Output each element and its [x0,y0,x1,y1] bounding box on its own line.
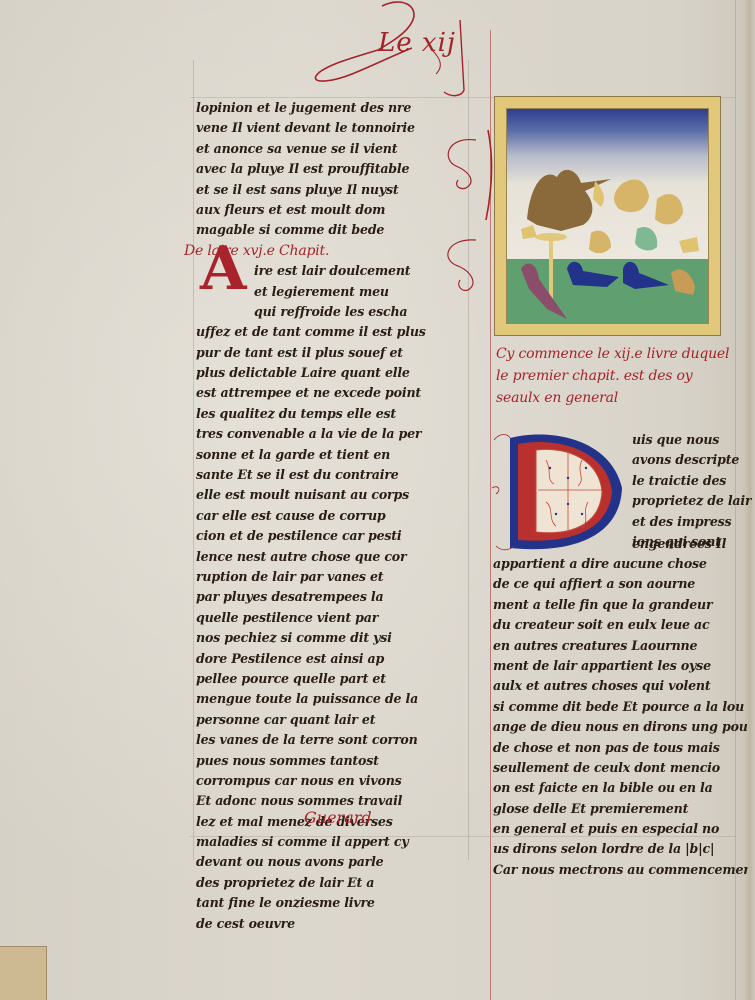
initial-d-icon [490,428,630,556]
right-text-beside-initial-end: engendrees Il [632,534,752,554]
text-line: de cest oeuvre [196,914,471,934]
text-line: aux fleurs et est moult dom [196,200,471,220]
text-line: car elle est cause de corrup [196,506,471,526]
illuminated-initial-d [490,428,630,556]
birds-illustration-icon [507,109,709,324]
text-line: et se il est sans pluye Il nuyst [196,180,471,200]
text-line: les qualitez du temps elle est [196,404,471,424]
text-line: ment a telle fin que la grandeur [493,595,748,615]
text-line: tant fine le onziesme livre [196,893,471,913]
miniature-scene [506,108,709,324]
text-line: du createur soit en eulx leue ac [493,615,748,635]
text-line: des proprietez de lair Et a [196,873,471,893]
text-line: personne car quant lair et [196,710,471,730]
text-line: nos pechiez si comme dit ysi [196,628,471,648]
text-line: uis que nous [632,430,752,450]
text-line: devant ou nous avons parle [196,852,471,872]
text-line: proprietez de lair [632,491,752,511]
text-line: sonne et la garde et tient en [196,445,471,465]
text-line: ange de dieu nous en dirons ung pou [493,717,748,737]
text-line: ruption de lair par vanes et [196,567,471,587]
text-line: lopinion et le jugement des nre [196,98,471,118]
text-line: cion et de pestilence car pesti [196,526,471,546]
text-line: uffez et de tant comme il est plus [196,322,471,342]
text-line: dore Pestilence est ainsi ap [196,649,471,669]
rubric-line: seaulx en general [496,387,746,409]
text-line: avec la pluye Il est prouffitable [196,159,471,179]
text-line: plus delictable Laire quant elle [196,363,471,383]
text-line: lence nest autre chose que cor [196,547,471,567]
text-line: pues nous sommes tantost [196,751,471,771]
text-line: maladies si comme il appert cy [196,832,471,852]
text-line: us dirons selon lordre de la |b|c| [493,839,748,859]
text-line: engendrees Il [632,534,752,554]
rubric-line: Cy commence le xij.e livre duquel [496,343,746,365]
text-line: en general et puis en especial no [493,819,748,839]
text-line: par pluyes desatrempees la [196,587,471,607]
text-line: si comme dit bede Et pource a la lou [493,697,748,717]
ruling-line [193,60,194,860]
text-line: qui reffroide les escha [196,302,471,322]
text-line: et anonce sa venue se il vient [196,139,471,159]
text-line: ment de lair appartient les oyse [493,656,748,676]
text-line: appartient a dire aucune chose [493,554,748,574]
text-line: seullement de ceulx dont mencio [493,758,748,778]
text-line: les vanes de la terre sont corron [196,730,471,750]
text-line: on est faicte en la bible ou en la [493,778,748,798]
manuscript-page: Le xij lopinion et le jugement des nre v… [0,0,755,1000]
text-line: aulx et autres choses qui volent [493,676,748,696]
text-line: de ce qui affiert a son aourne [493,574,748,594]
text-line: elle est moult nuisant au corps [196,485,471,505]
page-corner-tab [0,946,47,1000]
running-head-text: Le xij [378,28,456,58]
book-rubric: Cy commence le xij.e livre duquel le pre… [496,343,746,409]
text-line: vene Il vient devant le tonnoirie [196,118,471,138]
text-line: corrompus car nous en vivons [196,771,471,791]
right-text-column: appartient a dire aucune chose de ce qui… [493,554,748,880]
text-line: tres convenable a la vie de la per [196,424,471,444]
scribe-signature: Guerard [304,808,372,827]
text-line: pellee pource quelle part et [196,669,471,689]
text-line: le traictie des [632,471,752,491]
text-line: est attrempee et ne excede point [196,383,471,403]
rubric-line: le premier chapit. est des oy [496,365,746,387]
initial-letter-a: A [200,240,256,298]
text-line: Car nous mectrons au commencement [493,860,748,880]
text-line: en autres creatures Laournne [493,636,748,656]
text-line: glose delle Et premierement [493,799,748,819]
bird-miniature [494,96,721,336]
text-line: et des impress [632,512,752,532]
text-line: pur de tant est il plus souef et [196,343,471,363]
running-head: Le xij [312,0,492,90]
text-line: sante Et se il est du contraire [196,465,471,485]
text-line: mengue toute la puissance de la [196,689,471,709]
text-line: quelle pestilence vient par [196,608,471,628]
text-line: avons descripte [632,450,752,470]
text-line: de chose et non pas de tous mais [493,738,748,758]
